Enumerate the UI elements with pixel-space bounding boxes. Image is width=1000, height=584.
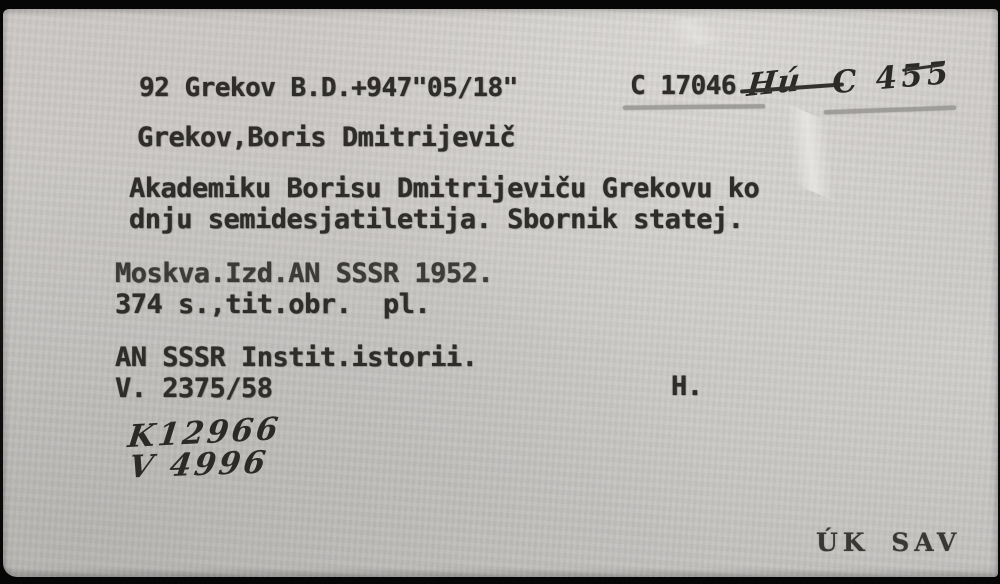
inventory-number: V. 2375/58 [115,375,273,402]
institution-line: AN SSSR Instit.istorii. [115,344,477,371]
catalog-card: 92 Grekov B.D.+947"05/18" C 17046 Hú C 4… [3,9,998,577]
call-number-revised-handwritten: C 455 [831,55,954,101]
handwritten-accession-number-2: V 4996 [126,444,270,485]
author-line: Grekov,Boris Dmitrijevič [137,124,515,151]
paper-crease [746,98,875,207]
collation-line: 374 s.,tit.obr. pl. [115,291,430,318]
call-number-typed: C 17046 [630,73,736,100]
paper-crease [622,14,763,50]
section-letter: H. [671,373,703,400]
pencil-underline-new-call-number [824,106,956,115]
classification-heading: 92 Grekov B.D.+947"05/18" [139,75,518,102]
library-stamp: ÚK SAV [816,528,961,557]
imprint-line: Moskva.Izd.AN SSSR 1952. [115,260,493,287]
title-line-2: dnju semidesjatiletija. Sbornik statej. [129,206,743,233]
pencil-underline-old-call-number [623,104,765,109]
catalog-card-scan: 92 Grekov B.D.+947"05/18" C 17046 Hú C 4… [0,0,1000,584]
crossed-out-scribble: Hú [745,62,802,104]
title-line-1: Akademiku Borisu Dmitrijeviču Grekovu ko [129,175,759,202]
